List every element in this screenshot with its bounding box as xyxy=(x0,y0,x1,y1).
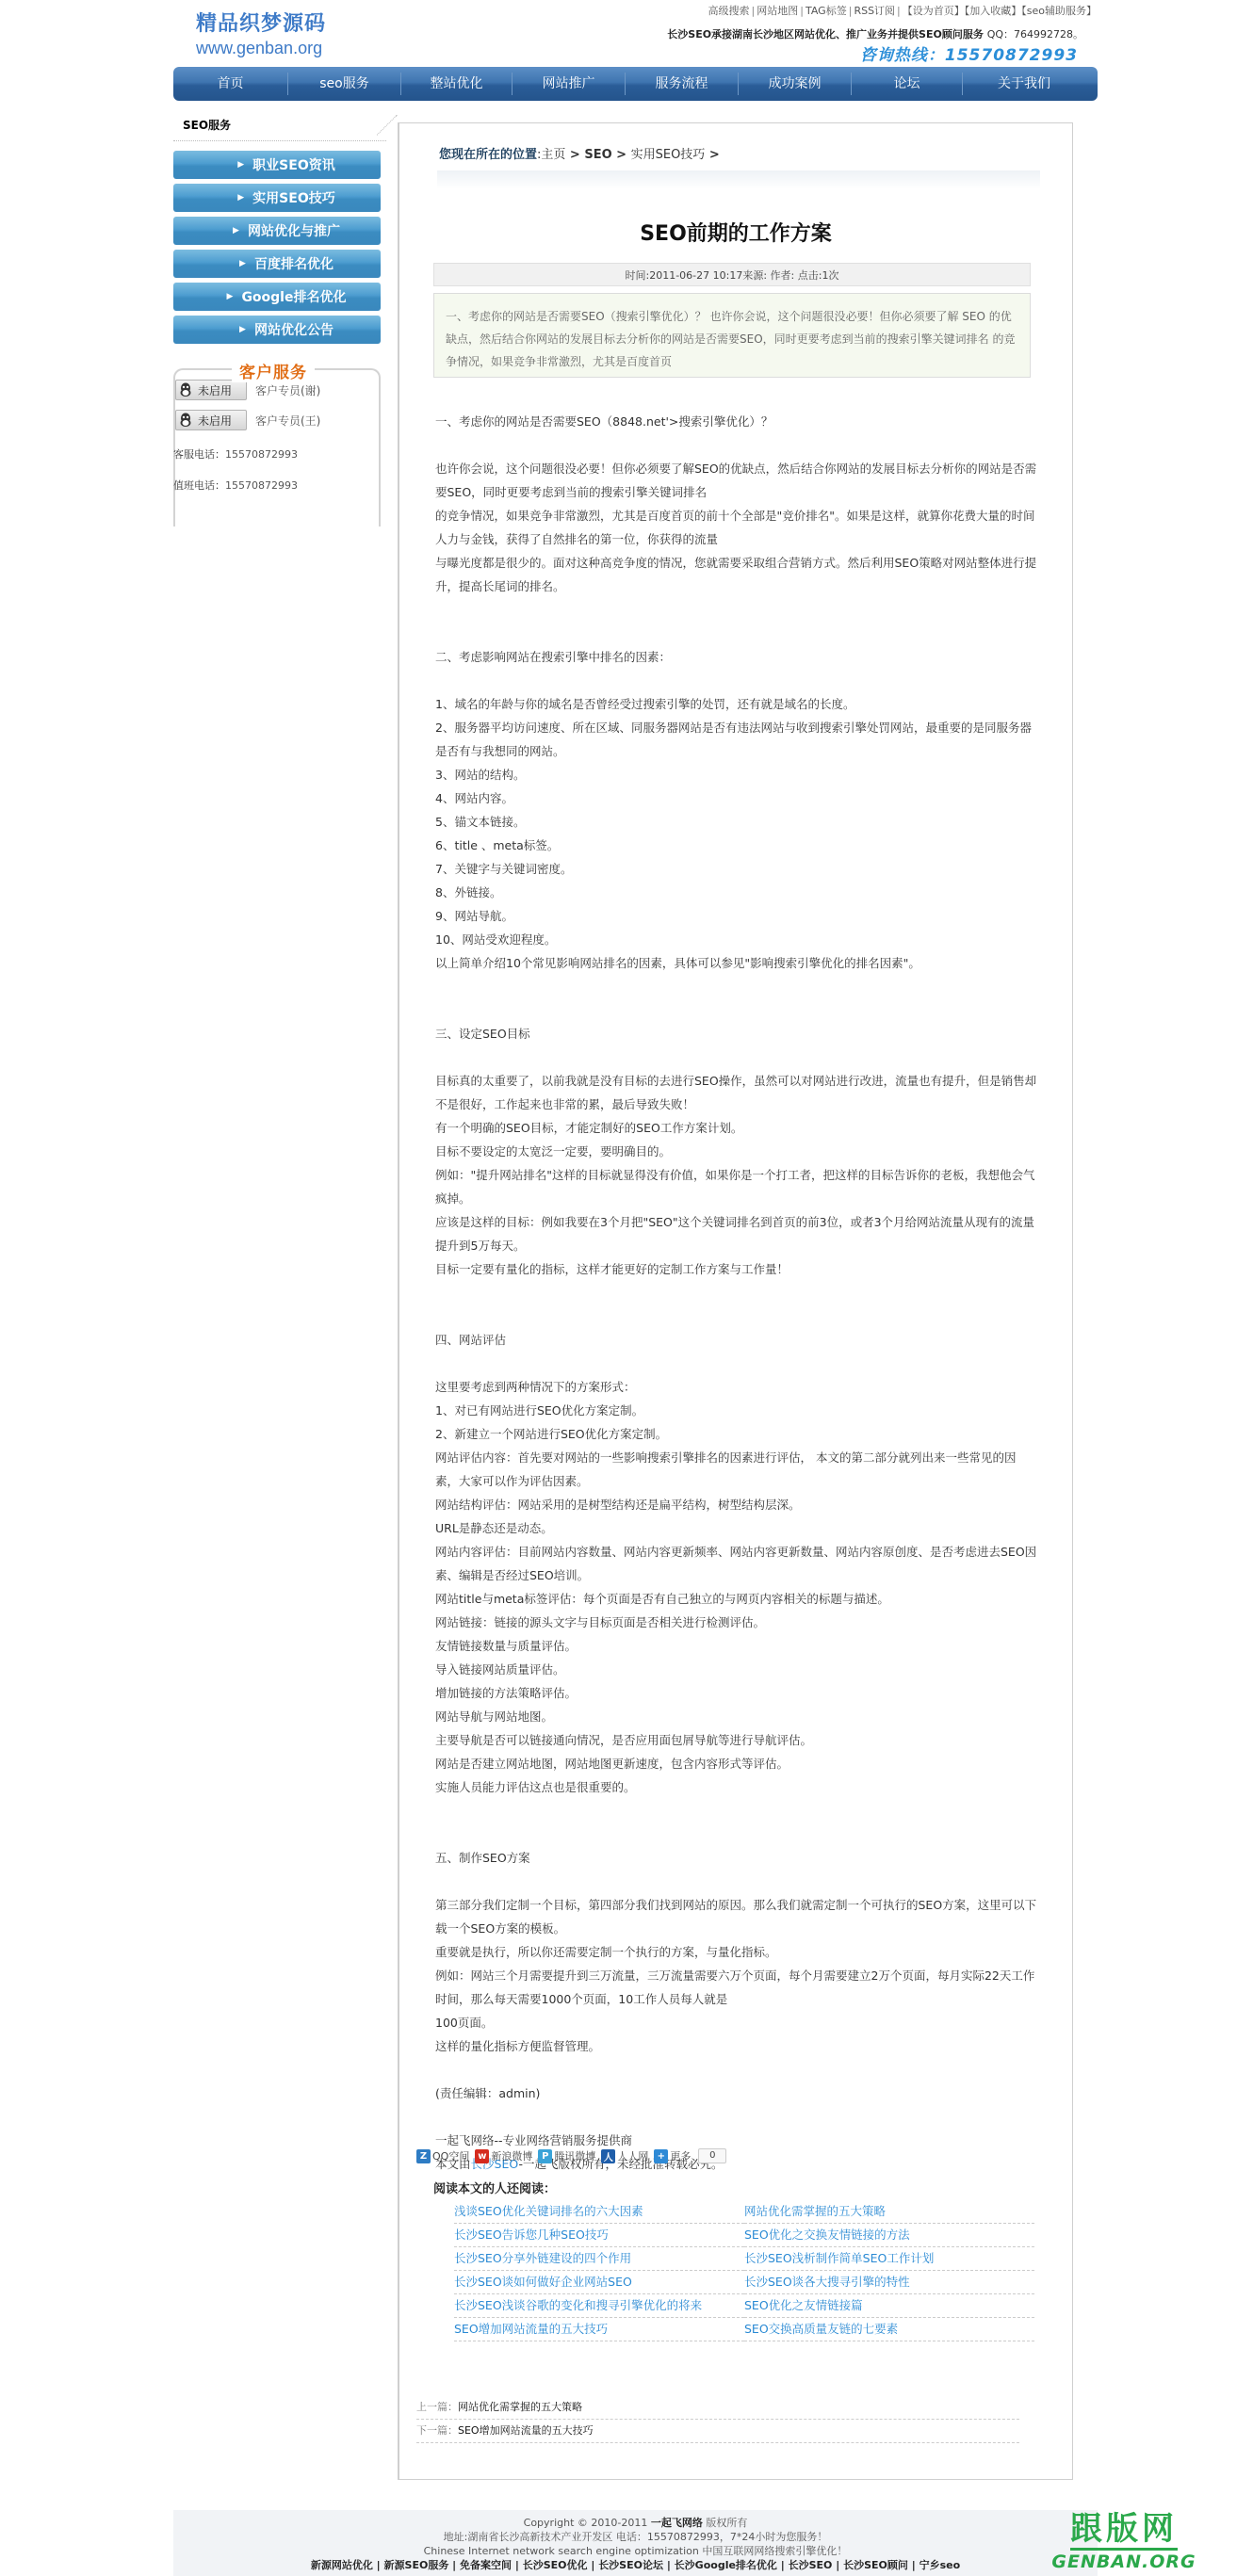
section-heading: 二、考虑影响网站在搜索引擎中排名的因素： xyxy=(435,645,1038,669)
footer-copyright: Copyright © 2010-2011 一起飞网络 版权所有 xyxy=(173,2516,1098,2530)
footer-link[interactable]: 长沙Google排名优化 xyxy=(675,2559,777,2571)
top-links: 高级搜索|网站地图|TAG标签|RSS订阅|【设为首页】【加入收藏】【seo辅助… xyxy=(708,3,1097,18)
list-item: 7、关键字与关键词密度。 xyxy=(435,857,1038,881)
sidebar-item-label: 百度排名优化 xyxy=(254,254,334,273)
set-homepage-link[interactable]: 【设为首页】 xyxy=(903,5,965,17)
breadcrumb-home[interactable]: :主页 xyxy=(537,148,565,162)
sidebar-item-label: 网站优化与推广 xyxy=(248,221,340,240)
qq-penguin-icon xyxy=(179,413,192,428)
related-list: 浅谈SEO优化关键词排名的六大因素 网站优化需掌握的五大策略 长沙SEO告诉您几… xyxy=(454,2200,1036,2341)
site-header: 精品织梦源码 www.genban.org 高级搜索|网站地图|TAG标签|RS… xyxy=(173,0,1097,64)
paragraph: 第三部分我们定制一个目标，第四部分我们找到网站的原因。那么我们就需定制一个可执行… xyxy=(435,1893,1038,1940)
paragraph: 导入链接网站质量评估。 xyxy=(435,1658,1038,1681)
sidebar-item-label: 网站优化公告 xyxy=(254,320,334,339)
logo-title: 精品织梦源码 xyxy=(196,11,326,38)
section-heading: 一、考虑你的网站是否需要SEO（8848.net'>搜索引擎优化）？ xyxy=(435,410,1038,433)
paragraph: 100页面。 xyxy=(435,2011,1038,2034)
prev-article: 上一篇：网站优化需掌握的五大策略 xyxy=(416,2396,1019,2420)
sitemap-link[interactable]: 网站地图 xyxy=(757,5,798,17)
related-link[interactable]: 长沙SEO浅谈谷歌的变化和搜寻引擎优化的将来 xyxy=(454,2294,744,2318)
customer-service-box: 客户服务 未启用 客户专员(谢) 未启用 客户专员(王) 客服电话：155708… xyxy=(173,368,381,527)
caret-right-icon: ▶ xyxy=(237,160,244,170)
paragraph: 友情链接数量与质量评估。 xyxy=(435,1634,1038,1658)
nav-item-success-cases[interactable]: 成功案例 xyxy=(739,73,852,95)
advanced-search-link[interactable]: 高级搜索 xyxy=(708,5,750,17)
share-label: 新浪微博 xyxy=(491,2148,532,2163)
share-label: QQ空间 xyxy=(432,2148,469,2163)
related-link[interactable]: SEO交换高质量友链的七要素 xyxy=(744,2318,1034,2341)
qq-penguin-icon xyxy=(179,382,192,397)
article-summary: 一、考虑你的网站是否需要SEO（搜索引擎优化）？ 也许你会说，这个问题很没必要！… xyxy=(433,293,1031,378)
genban-watermark: 跟版网 GENBAN.ORG xyxy=(1020,2510,1228,2574)
footer-links: 新源网站优化 | 新源SEO服务 | 免备案空间 | 长沙SEO优化 | 长沙S… xyxy=(173,2558,1098,2572)
share-label: 腾讯微博 xyxy=(554,2148,595,2163)
share-label: 更多 xyxy=(670,2148,691,2163)
weibo-icon: w xyxy=(475,2149,489,2163)
article-panel: 您现在所在的位置:主页 > SEO > 实用SEO技巧 > SEO前期的工作方案… xyxy=(398,122,1073,2480)
related-link[interactable]: 浅谈SEO优化关键词排名的六大因素 xyxy=(454,2200,744,2224)
footer-link[interactable]: 长沙SEO论坛 xyxy=(598,2559,663,2571)
sidebar-item-announcements[interactable]: ▶网站优化公告 xyxy=(173,316,381,344)
sidebar-title: SEO服务 xyxy=(173,111,386,141)
related-articles: 阅读本文的人还阅读： 浅谈SEO优化关键词排名的六大因素 网站优化需掌握的五大策… xyxy=(433,2179,1036,2341)
paragraph: 目标不要设定的太宽泛一定要，要明确目的。 xyxy=(435,1140,1038,1163)
paragraph: 目标真的太重要了，以前我就是没有目标的去进行SEO操作，虽然可以对网站进行改进，… xyxy=(435,1069,1038,1116)
customer-service-title: 客户服务 xyxy=(232,359,315,382)
breadcrumb-seo-tips[interactable]: 实用SEO技巧 xyxy=(631,148,706,162)
related-link[interactable]: SEO优化之友情链接篇 xyxy=(744,2294,1034,2318)
section-heading: 三、设定SEO目标 xyxy=(435,1022,1038,1045)
nav-item-forum[interactable]: 论坛 xyxy=(852,73,963,95)
paragraph: 增加链接的方法策略评估。 xyxy=(435,1681,1038,1705)
watermark-cn: 跟版网 xyxy=(1070,2510,1178,2551)
paragraph: 网站导航与网站地图。 xyxy=(435,1705,1038,1728)
agent-row: 未启用 客户专员(王) xyxy=(175,410,379,430)
breadcrumb-sep: > xyxy=(565,148,584,162)
tagline-qq: QQ：764992728。 xyxy=(987,28,1083,41)
paragraph: 网站内容评估：目前网站内容数量、网站内容更新频率、网站内容更新数量、网站内容原创… xyxy=(435,1540,1038,1587)
sidebar-item-label: 实用SEO技巧 xyxy=(252,188,335,207)
related-link[interactable]: SEO优化之交换友情链接的方法 xyxy=(744,2224,1034,2247)
breadcrumb-seo[interactable]: SEO xyxy=(584,148,611,162)
footer-link[interactable]: 长沙SEO优化 xyxy=(523,2559,588,2571)
footer-link[interactable]: 新源网站优化 xyxy=(311,2559,373,2571)
renren-icon: 人 xyxy=(601,2149,615,2163)
related-link[interactable]: 长沙SEO谈如何做好企业网站SEO xyxy=(454,2271,744,2294)
add-favorite-link[interactable]: 【加入收藏】 xyxy=(965,5,1022,17)
nav-item-about-us[interactable]: 关于我们 xyxy=(963,73,1085,95)
nav-item-site-promotion[interactable]: 网站推广 xyxy=(513,73,626,95)
main-nav: 首页 seo服务 整站优化 网站推广 服务流程 成功案例 论坛 关于我们 xyxy=(173,67,1098,101)
paragraph: 目标一定要有量化的指标，这样才能更好的定制工作方案与工作量！ xyxy=(435,1257,1038,1281)
service-phone-value: 15570872993 xyxy=(225,448,298,461)
section-heading: 五、制作SEO方案 xyxy=(435,1846,1038,1870)
footer-link[interactable]: 新源SEO服务 xyxy=(384,2559,449,2571)
paragraph: 与曝光度都是很少的。面对这种高竞争度的情况，您就需要采取组合营销方式。然后利用S… xyxy=(435,551,1038,598)
related-title: 阅读本文的人还阅读： xyxy=(433,2179,1036,2196)
paragraph: URL是静态还是动态。 xyxy=(435,1516,1038,1540)
logo-url: www.genban.org xyxy=(196,38,326,58)
sidebar-item-seo-tips[interactable]: ▶实用SEO技巧 xyxy=(173,184,381,212)
footer-link[interactable]: 长沙SEO xyxy=(789,2559,833,2571)
qq-chat-button[interactable]: 未启用 xyxy=(175,380,247,400)
site-logo[interactable]: 精品织梦源码 www.genban.org xyxy=(196,11,326,58)
list-item: 3、网站的结构。 xyxy=(435,763,1038,786)
paragraph: 例如：网站三个月需要提升到三万流量，三万流量需要六万个页面，每个月需要建立2万个… xyxy=(435,1964,1038,2011)
agent-status: 未启用 xyxy=(198,413,232,429)
nav-item-seo-service[interactable]: seo服务 xyxy=(288,73,401,95)
paragraph: 2、新建立一个网站进行SEO优化方案定制。 xyxy=(435,1422,1038,1446)
site-footer: Copyright © 2010-2011 一起飞网络 版权所有 地址:湖南省长… xyxy=(173,2510,1098,2576)
prev-article-link[interactable]: 网站优化需掌握的五大策略 xyxy=(458,2401,582,2413)
share-count: 0 xyxy=(698,2148,726,2163)
caret-right-icon: ▶ xyxy=(239,259,246,268)
paragraph: 1、对已有网站进行SEO优化方案定制。 xyxy=(435,1399,1038,1422)
paragraph: 网站title与meta标签评估：每个页面是否有自己独立的与网页内容相关的标题与… xyxy=(435,1587,1038,1611)
nav-item-home[interactable]: 首页 xyxy=(173,73,288,95)
hotline-number: 15570872993 xyxy=(945,46,1078,65)
hotline: 咨询热线：15570872993 xyxy=(860,41,1078,65)
list-item: 2、服务器平均访问速度、所在区域、同服务器网站是否有违法网站与收到搜索引擎处罚网… xyxy=(435,716,1038,763)
share-renren[interactable]: 人人人网 xyxy=(601,2148,648,2163)
header-tagline: 长沙SEO承接湖南长沙地区网站优化、推广业务并提供SEO顾问服务 QQ：7649… xyxy=(667,26,1083,41)
footer-link[interactable]: 长沙SEO顾问 xyxy=(843,2559,908,2571)
sidebar-item-label: 职业SEO资讯 xyxy=(252,155,335,174)
tag-link[interactable]: TAG标签 xyxy=(805,5,847,17)
sidebar: SEO服务 ▶职业SEO资讯 ▶实用SEO技巧 ▶网站优化与推广 ▶百度排名优化… xyxy=(173,111,386,527)
footer-address: 地址:湖南省长沙高新技术产业开发区 电话：15570872993，7*24小时为… xyxy=(173,2530,1098,2544)
agent-row: 未启用 客户专员(谢) xyxy=(175,380,379,400)
breadcrumb: 您现在所在的位置:主页 > SEO > 实用SEO技巧 > xyxy=(439,144,720,162)
share-bar: ZQQ空间 w新浪微博 P腾讯微博 人人人网 +更多 0 xyxy=(416,2148,726,2163)
next-article-link[interactable]: SEO增加网站流量的五大技巧 xyxy=(458,2424,594,2437)
footer-english: Chinese Internet network search engine o… xyxy=(173,2544,1098,2558)
more-plus-icon: + xyxy=(654,2149,668,2163)
paragraph: 例如："提升网站排名"这样的目标就显得没有价值，如果你是一个打工者，把这样的目标… xyxy=(435,1163,1038,1210)
rights-text: 版权所有 xyxy=(703,2517,748,2529)
sidebar-item-optimization-promotion[interactable]: ▶网站优化与推广 xyxy=(173,217,381,245)
sidebar-item-label: Google排名优化 xyxy=(241,287,346,306)
list-item: 1、域名的年龄与你的域名是否曾经受过搜索引擎的处罚，还有就是域名的长度。 xyxy=(435,692,1038,716)
footer-link[interactable]: 免备案空间 xyxy=(460,2559,512,2571)
related-link[interactable]: SEO增加网站流量的五大技巧 xyxy=(454,2318,744,2341)
watermark-en: GENBAN.ORG xyxy=(1020,2551,1228,2573)
next-label: 下一篇： xyxy=(416,2424,458,2437)
article-body: 一、考虑你的网站是否需要SEO（8848.net'>搜索引擎优化）？ 也许你会说… xyxy=(435,410,1038,2176)
caret-right-icon: ▶ xyxy=(233,226,239,235)
caret-right-icon: ▶ xyxy=(239,325,246,334)
sidebar-item-baidu-ranking[interactable]: ▶百度排名优化 xyxy=(173,250,381,278)
paragraph: 这里要考虑到两种情况下的方案形式： xyxy=(435,1375,1038,1399)
paragraph: 应该是这样的目标：例如我要在3个月把"SEO"这个关键词排名到首页的前3位，或者… xyxy=(435,1210,1038,1257)
related-link[interactable]: 长沙SEO谈各大搜寻引擎的特性 xyxy=(744,2271,1034,2294)
sidebar-menu: ▶职业SEO资讯 ▶实用SEO技巧 ▶网站优化与推广 ▶百度排名优化 ▶Goog… xyxy=(173,151,386,344)
duty-phone: 值班电话：15570872993 xyxy=(173,478,379,493)
agent-name: 客户专员(谢) xyxy=(255,382,320,398)
tagline-text: 长沙SEO承接湖南长沙地区网站优化、推广业务并提供SEO顾问服务 xyxy=(667,28,984,41)
agent-status: 未启用 xyxy=(198,382,232,398)
service-phone-label: 客服电话： xyxy=(173,448,225,461)
article-title: SEO前期的工作方案 xyxy=(399,218,1072,247)
copyright-text: Copyright © 2010-2011 xyxy=(524,2517,651,2529)
hotline-label: 咨询热线： xyxy=(860,46,945,65)
related-link[interactable]: 长沙SEO告诉您几种SEO技巧 xyxy=(454,2224,744,2247)
share-qzone[interactable]: ZQQ空间 xyxy=(416,2148,469,2163)
qq-chat-button[interactable]: 未启用 xyxy=(175,410,247,430)
next-article: 下一篇：SEO增加网站流量的五大技巧 xyxy=(416,2420,1019,2443)
prev-next-nav: 上一篇：网站优化需掌握的五大策略 下一篇：SEO增加网站流量的五大技巧 xyxy=(416,2396,1019,2443)
paragraph: 以上简单介绍10个常见影响网站排名的因素，具体可以参见"影响搜索引擎优化的排名因… xyxy=(435,951,1038,975)
list-item: 8、外链接。 xyxy=(435,881,1038,904)
footer-link[interactable]: 宁乡seo xyxy=(919,2559,961,2571)
list-item: 4、网站内容。 xyxy=(435,786,1038,810)
caret-right-icon: ▶ xyxy=(227,292,234,301)
share-weibo[interactable]: w新浪微博 xyxy=(475,2148,532,2163)
paragraph: 网站链接：链接的源头文字与目标页面是否相关进行检测评估。 xyxy=(435,1611,1038,1634)
prev-label: 上一篇： xyxy=(416,2401,458,2413)
list-item: 10、网站受欢迎程度。 xyxy=(435,928,1038,951)
agent-name: 客户专员(王) xyxy=(255,413,320,429)
paragraph: 的竞争情况，如果竞争非常激烈，尤其是百度首页的前十个全部是"竞价排名"。如果是这… xyxy=(435,504,1038,551)
sidebar-item-google-ranking[interactable]: ▶Google排名优化 xyxy=(173,283,381,311)
share-more[interactable]: +更多 xyxy=(654,2148,691,2163)
share-tencent-weibo[interactable]: P腾讯微博 xyxy=(538,2148,595,2163)
seo-service-link[interactable]: 【seo辅助服务】 xyxy=(1021,5,1097,17)
related-link[interactable]: 长沙SEO浅析制作简单SEO工作计划 xyxy=(744,2247,1034,2271)
list-item: 9、网站导航。 xyxy=(435,904,1038,928)
article-meta: 时间:2011-06-27 10:17来源: 作者: 点击:1次 xyxy=(433,263,1031,286)
nav-item-service-process[interactable]: 服务流程 xyxy=(626,73,739,95)
service-phone: 客服电话：15570872993 xyxy=(173,446,379,462)
paragraph: 这样的量化指标方便监督管理。 xyxy=(435,2034,1038,2058)
caret-right-icon: ▶ xyxy=(237,193,244,203)
paragraph: 网站评估内容：首先要对网站的一些影响搜索引擎排名的因素进行评估， 本文的第二部分… xyxy=(435,1446,1038,1493)
related-link[interactable]: 长沙SEO分享外链建设的四个作用 xyxy=(454,2247,744,2271)
tencent-weibo-icon: P xyxy=(538,2149,552,2163)
breadcrumb-shadow xyxy=(437,170,1040,189)
qzone-icon: Z xyxy=(416,2149,431,2163)
section-heading: 四、网站评估 xyxy=(435,1328,1038,1352)
paragraph: 网站是否建立网站地图，网站地图更新速度，包含内容形式等评估。 xyxy=(435,1752,1038,1775)
breadcrumb-lead: 您现在所在的位置 xyxy=(439,148,537,162)
paragraph: 网站结构评估：网站采用的是树型结构还是扁平结构，树型结构层深。 xyxy=(435,1493,1038,1516)
breadcrumb-sep: > xyxy=(612,148,631,162)
list-item: 5、锚文本链接。 xyxy=(435,810,1038,834)
paragraph: 重要就是执行，所以你还需要定制一个执行的方案，与量化指标。 xyxy=(435,1940,1038,1964)
paragraph: 有一个明确的SEO目标，才能定制好的SEO工作方案计划。 xyxy=(435,1116,1038,1140)
duty-phone-label: 值班电话： xyxy=(173,479,225,492)
share-label: 人人网 xyxy=(617,2148,648,2163)
paragraph: 主要导航是否可以链接通向情况，是否应用面包屑导航等进行导航评估。 xyxy=(435,1728,1038,1752)
footer-brand: 一起飞网络 xyxy=(651,2517,703,2529)
breadcrumb-sep: > xyxy=(705,148,719,162)
paragraph: 实施人员能力评估这点也是很重要的。 xyxy=(435,1775,1038,1799)
editor-credit: (责任编辑：admin) xyxy=(435,2082,1038,2105)
paragraph: 也许你会说，这个问题很没必要！但你必须要了解SEO的优缺点，然后结合你网站的发展… xyxy=(435,457,1038,504)
duty-phone-value: 15570872993 xyxy=(225,479,298,492)
nav-item-site-optimization[interactable]: 整站优化 xyxy=(401,73,513,95)
list-item: 6、title 、meta标签。 xyxy=(435,834,1038,857)
sidebar-item-seo-news[interactable]: ▶职业SEO资讯 xyxy=(173,151,381,179)
rss-link[interactable]: RSS订阅 xyxy=(854,5,895,17)
related-link[interactable]: 网站优化需掌握的五大策略 xyxy=(744,2200,1034,2224)
